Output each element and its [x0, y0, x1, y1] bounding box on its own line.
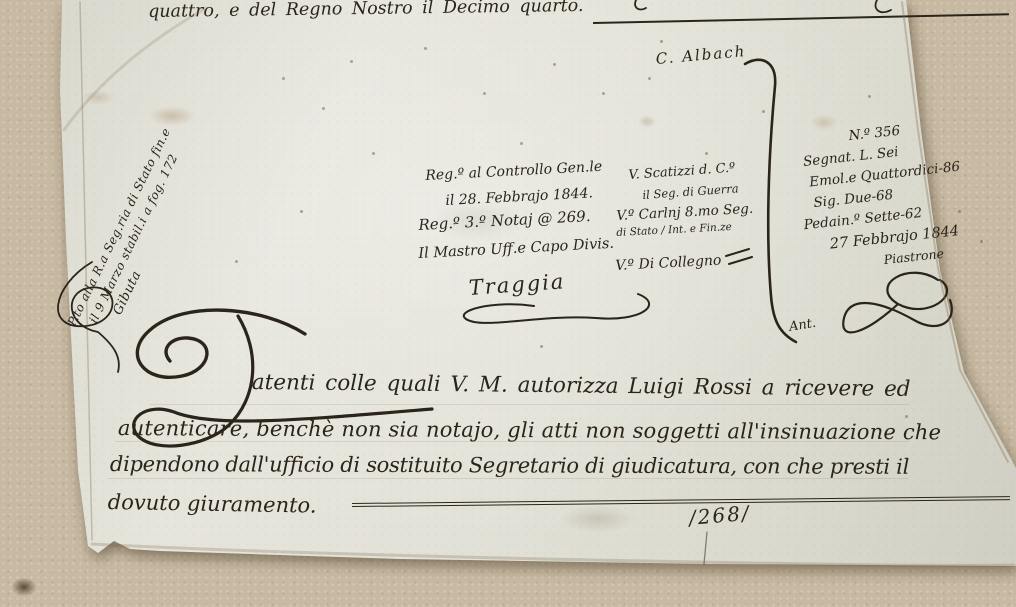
paper-sheet	[0, 0, 1016, 607]
body-line-4: dovuto giuramento.	[108, 490, 317, 518]
paper-sheet-shadow	[0, 0, 1016, 607]
body-line-2: autenticare, benchè non sia notajo, gli …	[118, 416, 941, 444]
body-line-3: dipendono dall'ufficio di sostituito Seg…	[110, 452, 909, 479]
fee-block: N.º 356 Segnat. L. Sei Emol.e Quattordic…	[792, 112, 996, 278]
guide-line	[150, 404, 910, 405]
document-photo: quattro, e del Regno Nostro il Decimo qu…	[0, 0, 1016, 607]
